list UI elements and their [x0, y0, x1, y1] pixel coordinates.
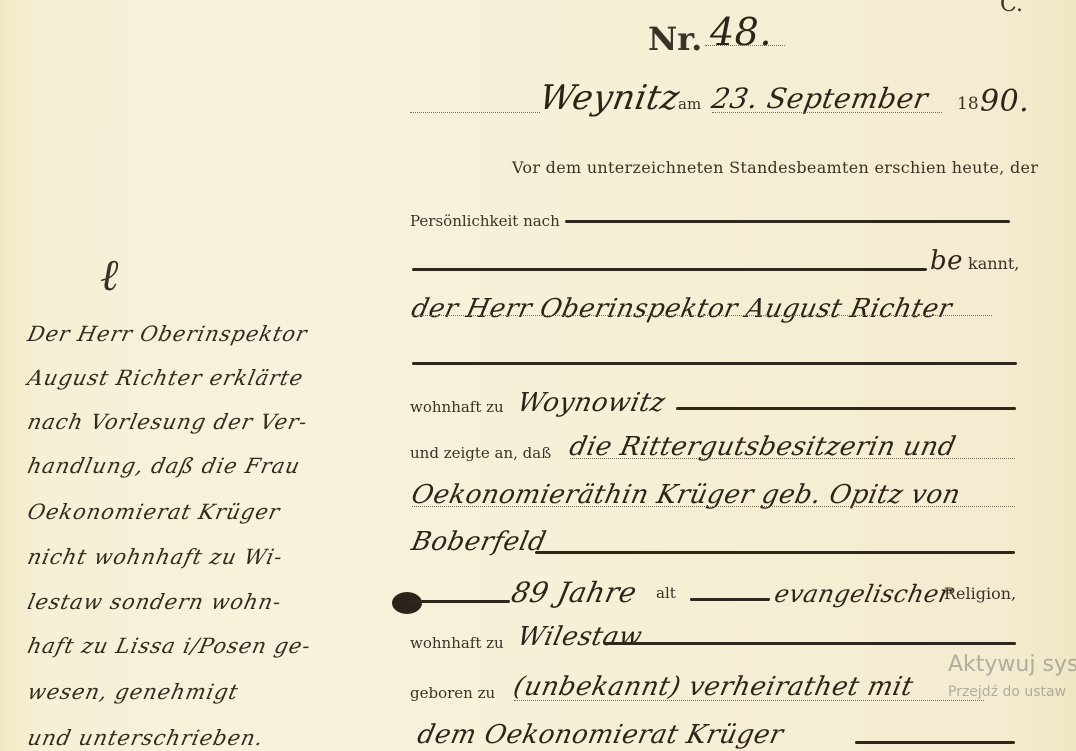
record-number-line — [705, 45, 785, 46]
margin-note-line: Der Herr Oberinspektor — [25, 322, 309, 346]
deceased-dotted-line-2 — [412, 506, 1015, 507]
birth-dotted-line-1 — [514, 700, 984, 701]
activate-windows-subtitle[interactable]: Przejdź do ustaw — [948, 684, 1066, 700]
age-lead-line — [410, 600, 510, 603]
deceased-blank-line-3 — [535, 551, 1015, 554]
date-connector: am — [678, 95, 701, 113]
birth-blank-line-2 — [855, 741, 1015, 744]
place-dotted-line — [410, 112, 540, 113]
residence-label-2: wohnhaft zu — [410, 634, 504, 652]
residence-blank-line-1 — [676, 407, 1016, 410]
place-value: Weynitz — [536, 78, 682, 118]
informant-value: der Herr Oberinspektor August Richter — [409, 294, 955, 324]
birth-value-line-2: dem Oekonomierat Krüger — [415, 720, 786, 750]
informant-blank-line — [412, 362, 1017, 365]
known-suffix-hand: be — [930, 246, 963, 276]
known-suffix-print: kannt, — [968, 254, 1019, 273]
margin-note-line: handlung, daß die Frau — [25, 454, 302, 478]
date-dotted-line — [712, 112, 942, 113]
margin-note-line: nach Vorlesung der Ver- — [25, 410, 310, 434]
margin-note-line: Oekonomierat Krüger — [25, 500, 282, 524]
birth-value-line-1: (unbekannt) verheirathet mit — [511, 672, 916, 702]
residence-value-2: Wilestaw — [515, 622, 645, 652]
birth-label: geboren zu — [410, 684, 495, 702]
year-suffix: 90. — [980, 84, 1029, 119]
religion-label: Religion, — [944, 584, 1016, 603]
margin-note-line: nicht wohnhaft zu Wi- — [25, 545, 285, 569]
date-value: 23. September — [709, 82, 931, 115]
intro-text: Vor dem unterzeichneten Standesbeamten e… — [512, 158, 1038, 177]
identity-label: Persönlichkeit nach — [410, 212, 560, 230]
margin-note-line: August Richter erklärte — [25, 366, 305, 390]
religion-value: evangelischer — [772, 580, 954, 608]
residence-blank-line-2 — [604, 642, 1016, 645]
deceased-dotted-line-1 — [570, 458, 1015, 459]
record-number-label: Nr. — [648, 20, 702, 58]
margin-note-line: lestaw sondern wohn- — [25, 590, 283, 614]
record-number-value: 48. — [710, 10, 772, 54]
margin-note-line: haft zu Lissa i/Posen ge- — [25, 634, 313, 658]
margin-note-line: und unterschrieben. — [25, 726, 266, 750]
margin-note-line: wesen, genehmigt — [25, 680, 240, 704]
age-label: alt — [656, 584, 676, 602]
residence-label-1: wohnhaft zu — [410, 398, 504, 416]
margin-initial: ℓ — [100, 250, 119, 301]
deceased-line-3: Boberfeld — [409, 527, 549, 557]
activate-windows-title[interactable]: Aktywuj syst — [948, 652, 1076, 677]
residence-value-1: Woynowitz — [515, 388, 668, 418]
corner-mark: C. — [1000, 0, 1023, 17]
age-value: 89 Jahre — [508, 576, 639, 609]
identity-blank-line — [565, 220, 1010, 223]
known-blank-line — [412, 268, 927, 271]
year-prefix: 18 — [957, 94, 979, 114]
informant-dotted-line — [412, 315, 992, 316]
age-blank-line — [690, 598, 770, 601]
declaration-label: und zeigte an, daß — [410, 444, 551, 462]
ink-blot — [392, 592, 422, 614]
